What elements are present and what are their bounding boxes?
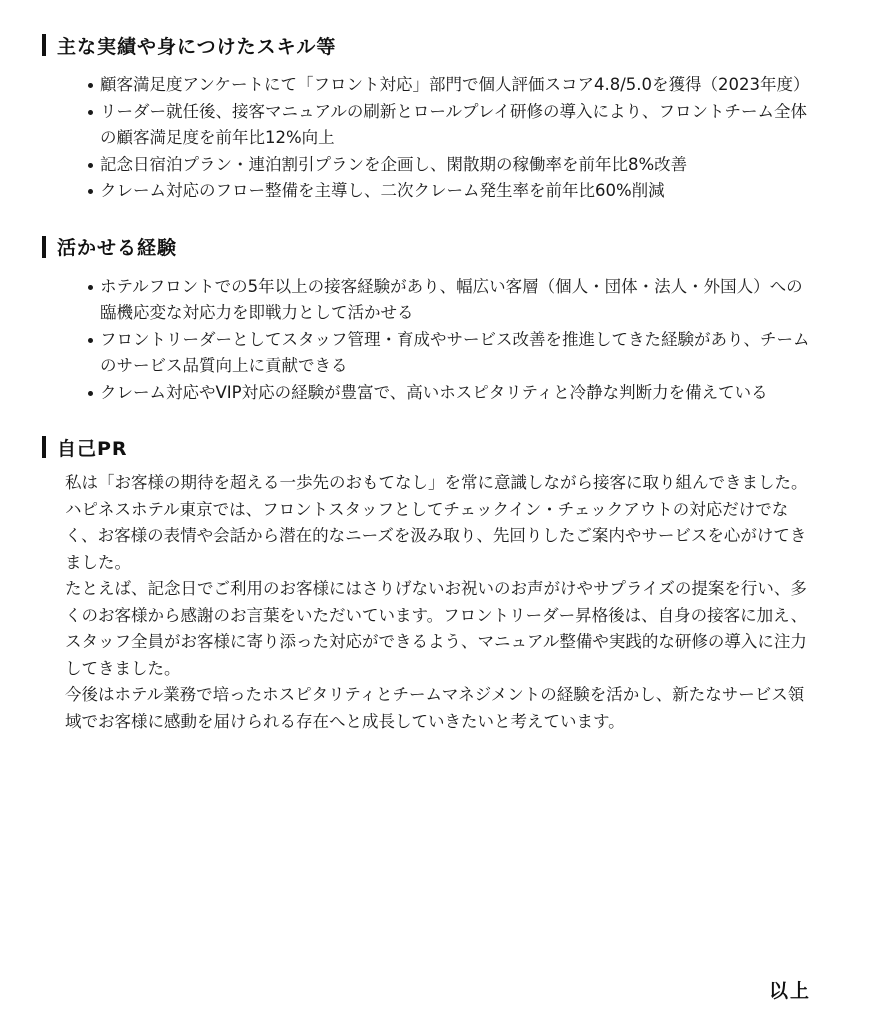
bullet-icon <box>88 285 93 290</box>
section-transferable-experience: 活かせる経験 ホテルフロントでの5年以上の接客経験があり、幅広い客層（個人・団体… <box>42 232 817 407</box>
heading-bar-icon <box>42 34 46 56</box>
bullet-icon <box>88 338 93 343</box>
experience-list: ホテルフロントでの5年以上の接客経験があり、幅広い客層（個人・団体・法人・外国人… <box>42 274 817 407</box>
heading-bar-icon <box>42 436 46 458</box>
section-heading: 主な実績や身につけたスキル等 <box>42 30 817 60</box>
bullet-icon <box>88 189 93 194</box>
list-item: クレーム対応やVIP対応の経験が豊富で、高いホスピタリティと冷静な判断力を備えて… <box>88 380 817 407</box>
bullet-icon <box>88 391 93 396</box>
list-item: 顧客満足度アンケートにて「フロント対応」部門で個人評価スコア4.8/5.0を獲得… <box>88 72 817 99</box>
list-item: フロントリーダーとしてスタッフ管理・育成やサービス改善を推進してきた経験があり、… <box>88 327 817 380</box>
heading-text: 自己PR <box>57 434 128 461</box>
pr-paragraph: 私は「お客様の期待を超える一歩先のおもてなし」を常に意識しながら接客に取り組んで… <box>65 470 817 576</box>
document-page: 主な実績や身につけたスキル等 顧客満足度アンケートにて「フロント対応」部門で個人… <box>42 30 817 735</box>
section-heading: 活かせる経験 <box>42 232 817 262</box>
section-self-pr: 自己PR 私は「お客様の期待を超える一歩先のおもてなし」を常に意識しながら接客に… <box>42 432 817 735</box>
bullet-icon <box>88 163 93 168</box>
pr-paragraph: たとえば、記念日でご利用のお客様にはさりげないお祝いのお声がけやサプライズの提案… <box>65 576 817 682</box>
bullet-icon <box>88 110 93 115</box>
list-item: 記念日宿泊プラン・連泊割引プランを企画し、閑散期の稼働率を前年比8%改善 <box>88 152 817 179</box>
heading-text: 主な実績や身につけたスキル等 <box>57 32 336 59</box>
achievements-list: 顧客満足度アンケートにて「フロント対応」部門で個人評価スコア4.8/5.0を獲得… <box>42 72 817 205</box>
pr-paragraph: 今後はホテル業務で培ったホスピタリティとチームマネジメントの経験を活かし、新たな… <box>65 682 817 735</box>
heading-bar-icon <box>42 236 46 258</box>
section-achievements: 主な実績や身につけたスキル等 顧客満足度アンケートにて「フロント対応」部門で個人… <box>42 30 817 205</box>
section-heading: 自己PR <box>42 432 817 462</box>
bullet-icon <box>88 83 93 88</box>
closing-text: 以上 <box>769 976 811 1003</box>
list-item: ホテルフロントでの5年以上の接客経験があり、幅広い客層（個人・団体・法人・外国人… <box>88 274 817 327</box>
list-item: クレーム対応のフロー整備を主導し、二次クレーム発生率を前年比60%削減 <box>88 178 817 205</box>
list-item: リーダー就任後、接客マニュアルの刷新とロールプレイ研修の導入により、フロントチー… <box>88 99 817 152</box>
self-pr-body: 私は「お客様の期待を超える一歩先のおもてなし」を常に意識しながら接客に取り組んで… <box>42 470 817 735</box>
heading-text: 活かせる経験 <box>57 233 177 260</box>
